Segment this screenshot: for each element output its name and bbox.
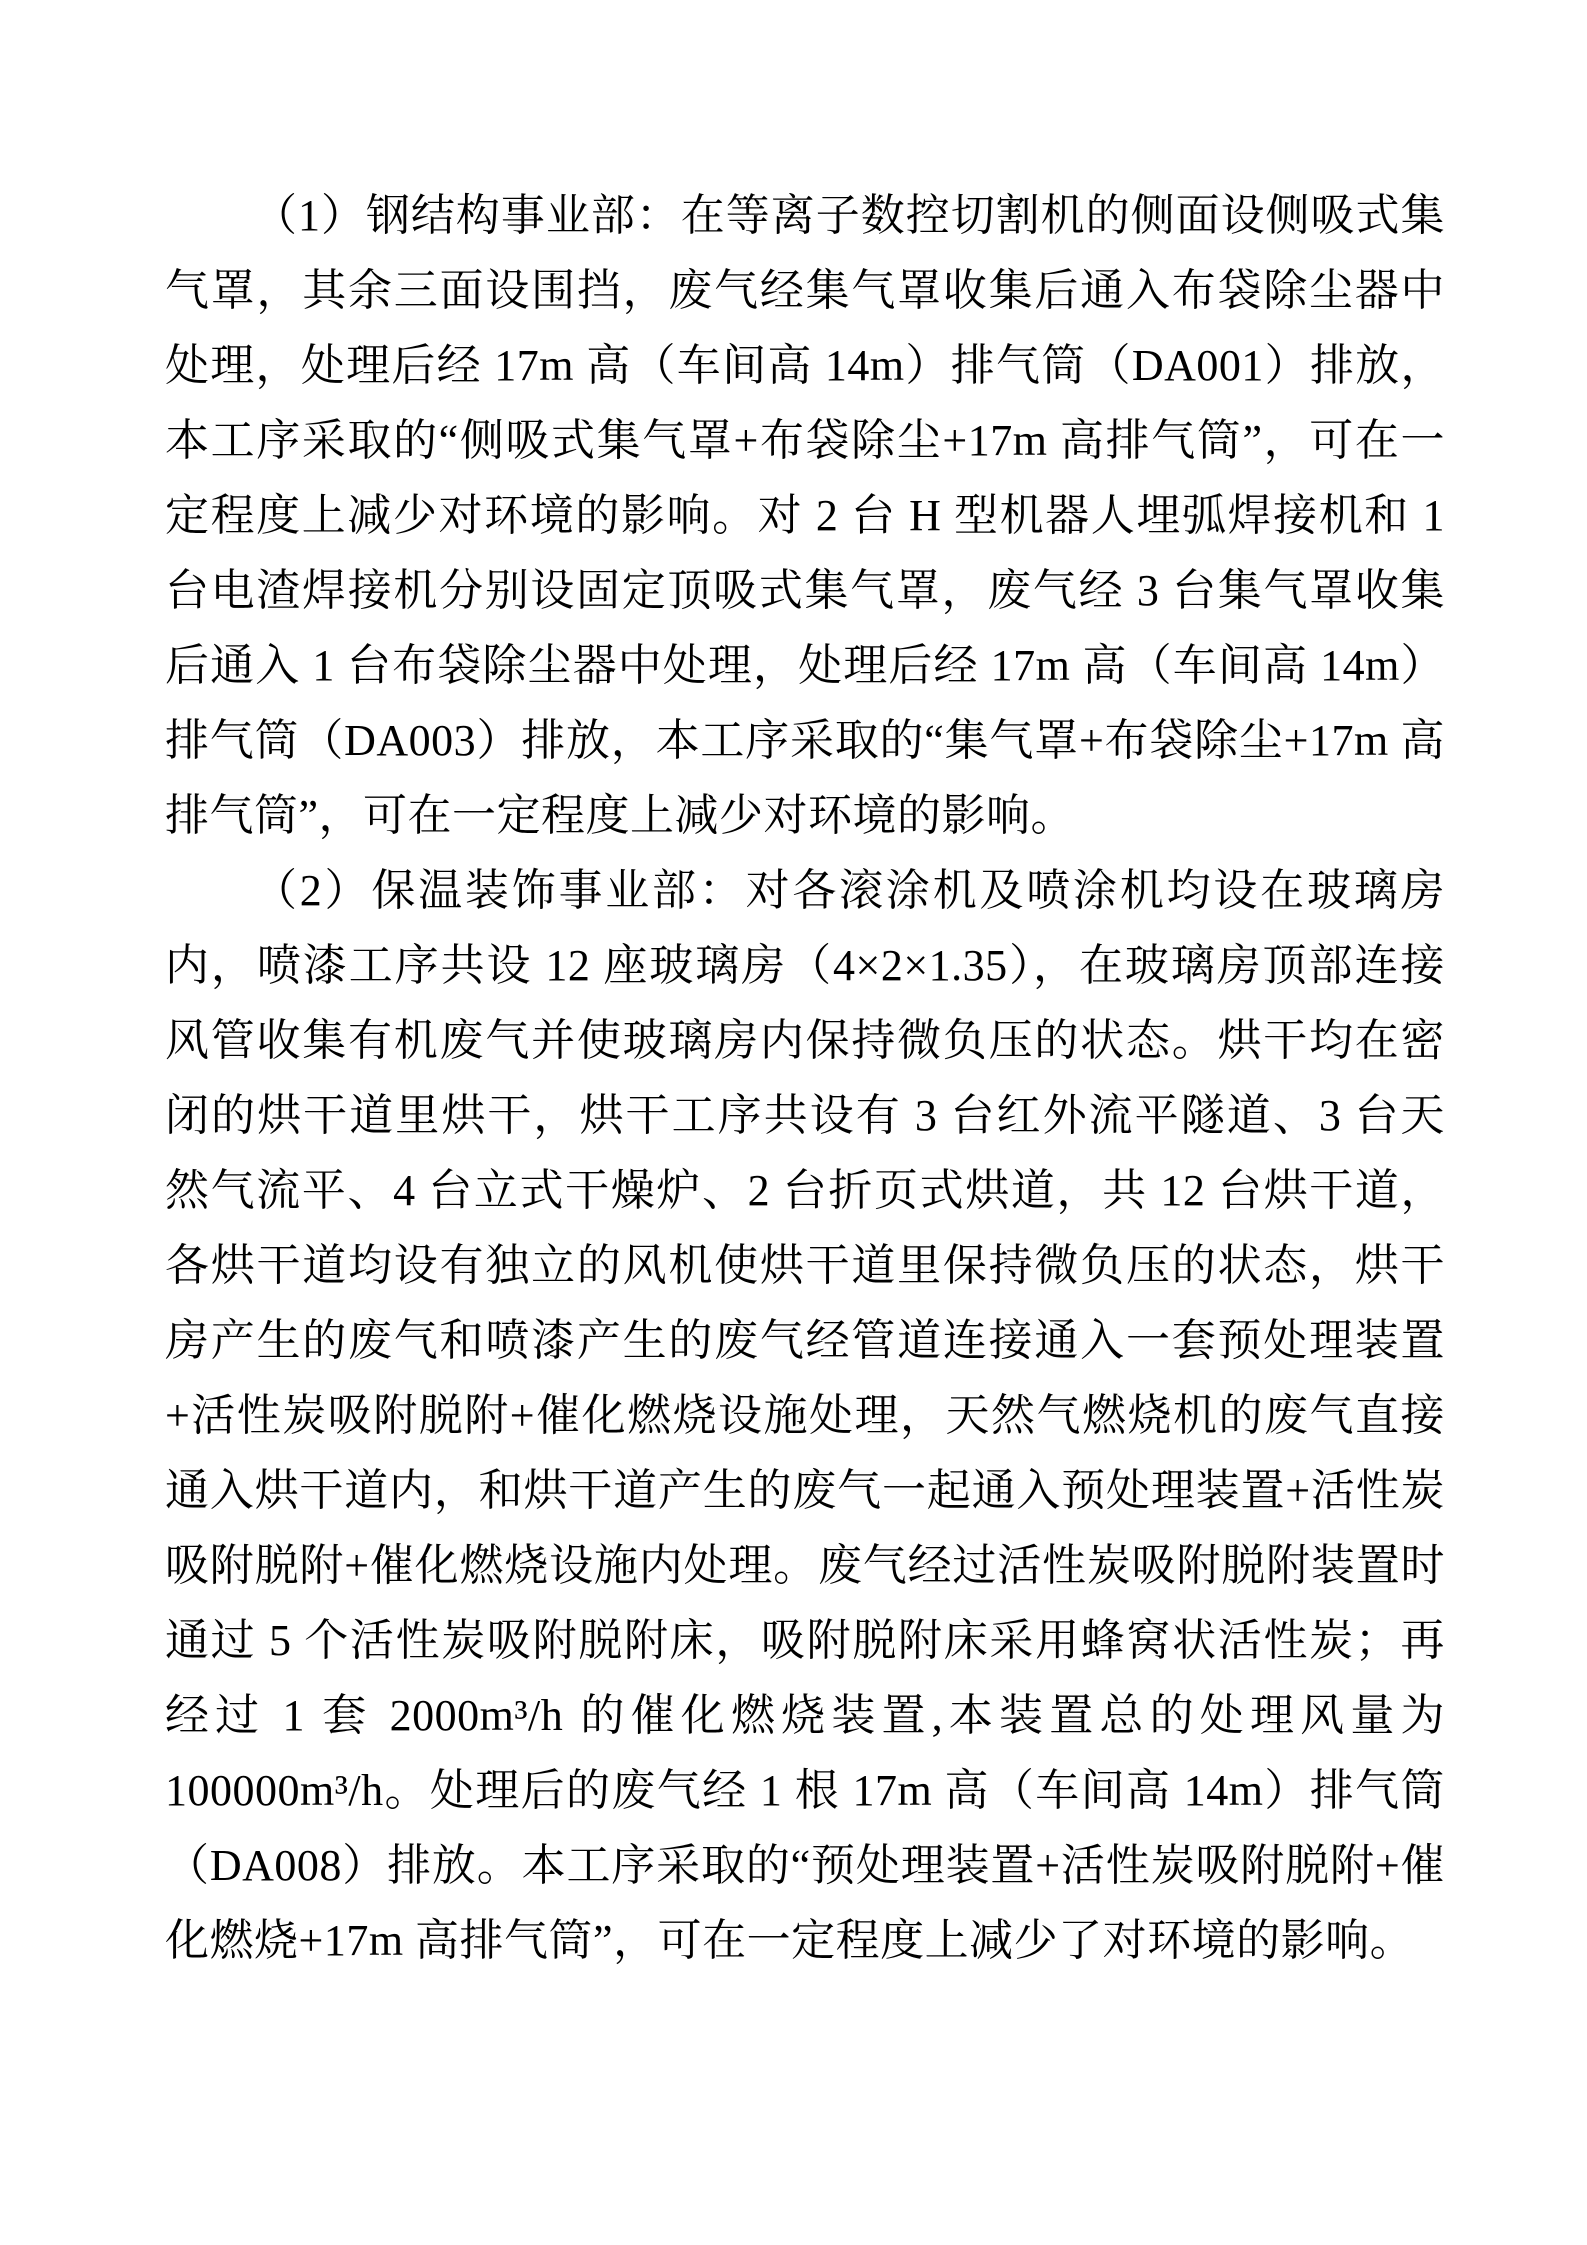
paragraph-insulation-decoration-division: （2）保温装饰事业部：对各滚涂机及喷涂机均设在玻璃房内，喷漆工序共设 12 座玻… bbox=[165, 853, 1445, 1978]
document-page: （1）钢结构事业部：在等离子数控切割机的侧面设侧吸式集气罩，其余三面设围挡，废气… bbox=[0, 0, 1587, 2245]
paragraph-steel-structure-division: （1）钢结构事业部：在等离子数控切割机的侧面设侧吸式集气罩，其余三面设围挡，废气… bbox=[165, 178, 1445, 853]
